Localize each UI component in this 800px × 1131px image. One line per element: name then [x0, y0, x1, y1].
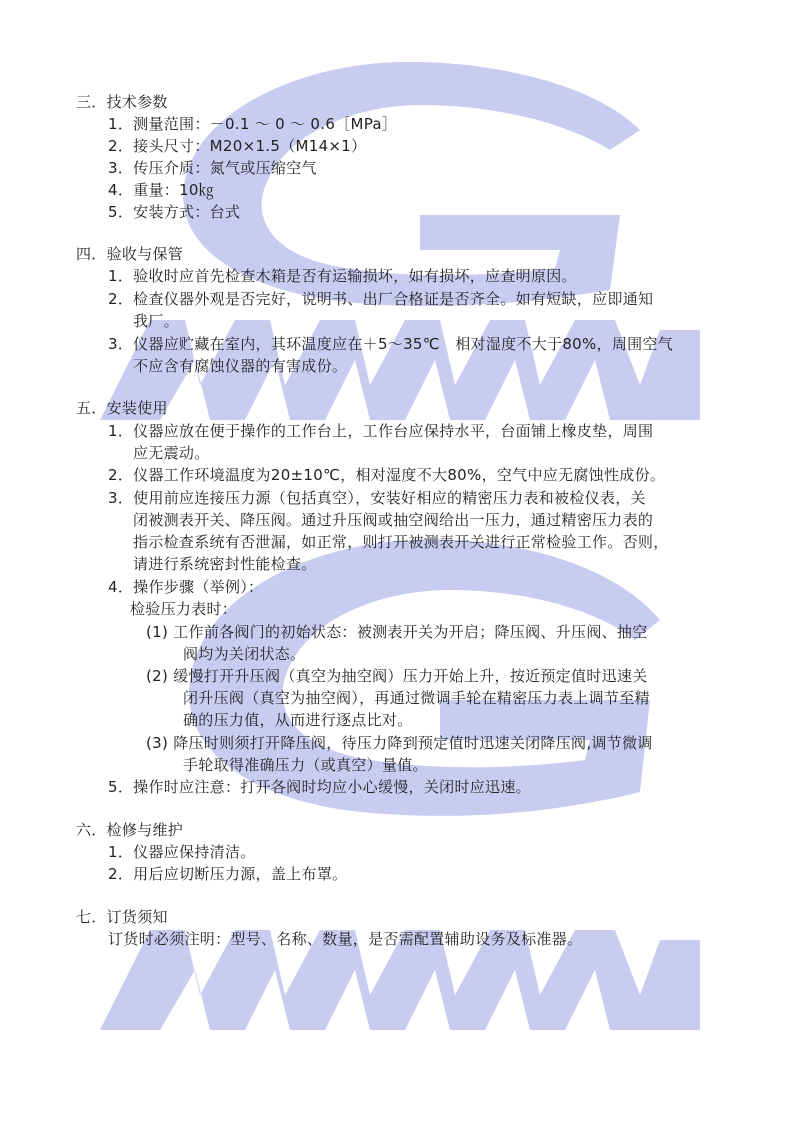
ordering-note: 订货时必须注明：型号、名称、数量，是否需配置辅助设务及标准器。 — [108, 929, 582, 949]
install-item-2: 2．仪器工作环境温度为20±10℃，相对湿度不大80%，空气中应无腐蚀性成份。 — [108, 465, 665, 485]
acceptance-item-2-cont: 我厂。 — [133, 311, 179, 331]
install-item-3-cont-2: 指示检查系统有否泄漏，如正常，则打开被测表开关进行正常检验工作。否则， — [133, 532, 669, 552]
section-7-title: 七．订货须知 — [76, 907, 168, 927]
step-3: (3) 降压时则须打开降压阀，待压力降到预定值时迅速关闭降压阀,调节微调 — [146, 733, 653, 753]
maintenance-item-1: 1．仪器应保持清洁。 — [108, 842, 256, 862]
step-2: (2) 缓慢打开升压阀（真空为抽空阀）压力开始上升，按近预定值时迅速关 — [146, 666, 648, 686]
install-item-4-sub: 检验压力表时： — [130, 599, 237, 619]
install-item-3-cont-1: 闭被测表开关、降压阀。通过升压阀或抽空阀给出一压力，通过精密压力表的 — [133, 510, 653, 530]
install-item-3-cont-3: 请进行系统密封性能检查。 — [133, 554, 317, 574]
step-2-cont-1: 闭升压阀（真空为抽空阀），再通过微调手轮在精密压力表上调节至精 — [183, 688, 650, 708]
acceptance-item-3: 3．仪器应贮藏在室内，其环温度应在＋5～35℃ 相对湿度不大于80%，周围空气 — [108, 334, 673, 354]
step-1-cont: 阀均为关闭状态。 — [183, 644, 305, 664]
spec-item-1: 1．测量范围：－0.1 ～ 0 ～ 0.6［MPa］ — [108, 114, 397, 134]
section-5-title: 五．安装使用 — [76, 398, 168, 418]
install-item-1-cont: 应无震动。 — [133, 443, 210, 463]
spec-item-4: 4．重量：10㎏ — [108, 180, 214, 200]
step-1: (1) 工作前各阀门的初始状态：被测表开关为开启；降压阀、升压阀、抽空 — [146, 622, 648, 642]
step-2-cont-2: 确的压力值，从而进行逐点比对。 — [183, 710, 413, 730]
acceptance-item-3-cont: 不应含有腐蚀仪器的有害成份。 — [133, 356, 347, 376]
maintenance-item-2: 2．用后应切断压力源，盖上布罩。 — [108, 864, 347, 884]
section-6-title: 六．检修与维护 — [76, 820, 183, 840]
spec-item-3: 3．传压介质：氮气或压缩空气 — [108, 158, 317, 178]
install-item-1: 1．仪器应放在便于操作的工作台上，工作台应保持水平，台面铺上橡皮垫，周围 — [108, 421, 653, 441]
section-3-title: 三．技术参数 — [76, 92, 168, 112]
install-item-3: 3．使用前应连接压力源（包括真空），安装好相应的精密压力表和被检仪表，关 — [108, 488, 646, 508]
step-3-cont: 手轮取得准确压力（或真空）量值。 — [183, 755, 428, 775]
spec-item-5: 5．安装方式：台式 — [108, 202, 240, 222]
section-4-title: 四．验收与保管 — [76, 244, 183, 264]
spec-item-2: 2．接头尺寸：M20×1.5（M14×1） — [108, 136, 366, 156]
install-item-5: 5．操作时应注意：打开各阀时均应小心缓慢，关闭时应迅速。 — [108, 777, 531, 797]
acceptance-item-2: 2．检查仪器外观是否完好，说明书、出厂合格证是否齐全。如有短缺，应即通知 — [108, 289, 653, 309]
acceptance-item-1: 1．验收时应首先检查木箱是否有运输损坏，如有损坏，应查明原因。 — [108, 266, 577, 286]
install-item-4: 4．操作步骤（举例）： — [108, 577, 263, 597]
